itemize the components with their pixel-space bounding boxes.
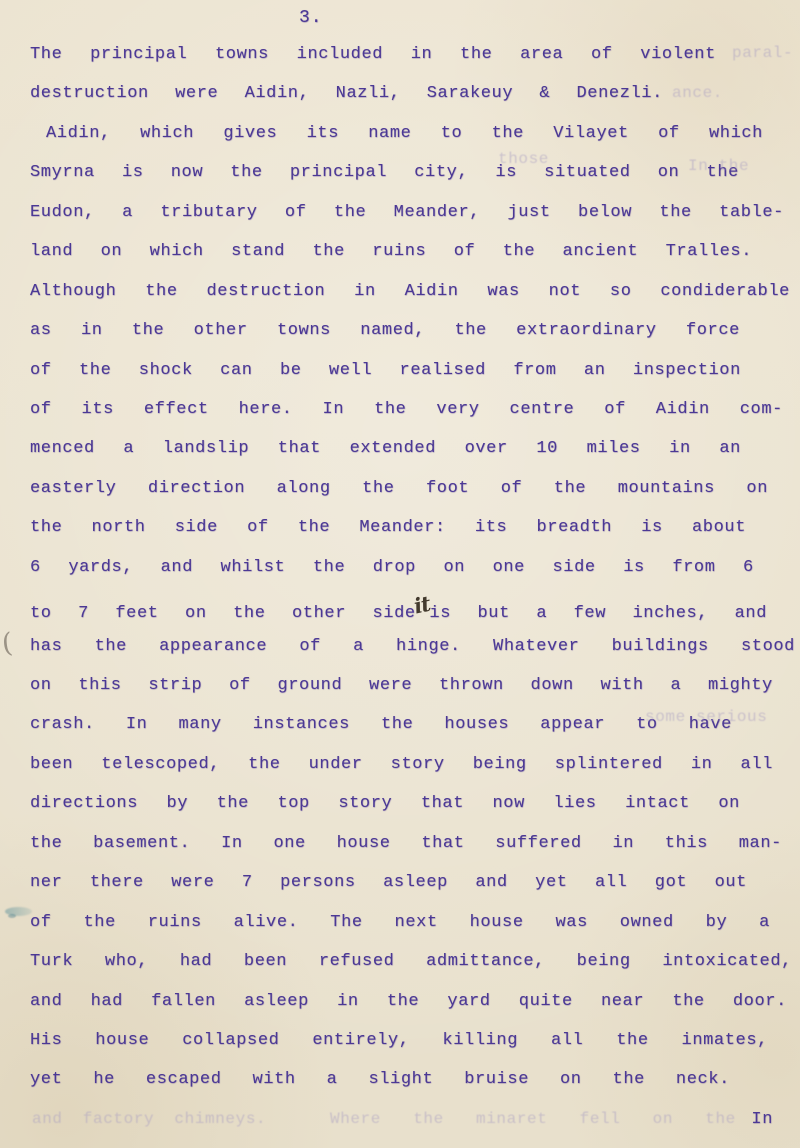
- typed-word: destruction: [206, 282, 325, 301]
- typed-line: Aidin,whichgivesitsnametotheVilayetofwhi…: [30, 124, 763, 163]
- typed-word: bruise: [464, 1070, 529, 1089]
- typed-word: strip: [148, 676, 202, 695]
- typed-word: neck.: [676, 1070, 730, 1089]
- typed-word: be: [280, 361, 302, 380]
- typed-word: telescoped,: [101, 755, 220, 774]
- typed-word: towns: [277, 321, 331, 340]
- typed-word: other: [292, 604, 346, 623]
- typed-word: whilst: [221, 558, 286, 577]
- typed-word: to: [441, 124, 463, 143]
- typed-word: with: [601, 676, 644, 695]
- typed-line: andhadfallenasleepintheyardquitenearthed…: [30, 992, 787, 1031]
- typed-word: of: [591, 45, 613, 64]
- typed-word: the: [230, 163, 262, 182]
- typed-word: condiderable: [660, 282, 790, 301]
- typed-word: entirely,: [312, 1031, 409, 1050]
- typed-word: got: [655, 873, 687, 892]
- typed-word: menced: [30, 439, 95, 458]
- typed-word: this: [665, 834, 708, 853]
- margin-paren-mark: (: [0, 628, 14, 660]
- typed-word: many: [178, 715, 221, 734]
- typed-word: out: [715, 873, 747, 892]
- typed-word: foot: [426, 479, 469, 498]
- typed-line: AlthoughthedestructioninAidinwasnotsocon…: [30, 282, 790, 321]
- typed-word: near: [601, 992, 644, 1011]
- typed-word: is: [623, 558, 645, 577]
- typed-word: a: [670, 676, 681, 695]
- typed-word: on: [746, 479, 768, 498]
- typed-word: the: [217, 794, 249, 813]
- typed-word: 7: [242, 873, 253, 892]
- typed-word: had: [180, 952, 212, 971]
- typed-word: all: [551, 1031, 583, 1050]
- typed-line: crash.Inmanyinstancesthehousesappeartoha…: [30, 715, 732, 754]
- typed-line: yetheescapedwithaslightbruiseontheneck.: [30, 1070, 730, 1109]
- typed-word: asleep: [383, 873, 448, 892]
- typed-word: the: [248, 755, 280, 774]
- typed-word: the: [233, 604, 265, 623]
- typed-line: 6yards,andwhilstthedropononesideisfrom6: [30, 558, 754, 597]
- typed-word-with-insert: sideitis: [372, 597, 451, 623]
- typed-word: violent: [640, 45, 716, 64]
- typed-word: crash.: [30, 715, 95, 734]
- typed-word: and: [30, 992, 62, 1011]
- typed-word: is: [122, 163, 144, 182]
- typed-word: house: [470, 913, 524, 932]
- typed-word: on: [185, 604, 207, 623]
- typed-line: hastheappearanceofahinge.Whateverbuildin…: [30, 637, 795, 676]
- typed-word: ruins: [372, 242, 426, 261]
- typed-word: direction: [148, 479, 245, 498]
- typed-word: in: [691, 755, 713, 774]
- typed-line: oftheshockcanbewellrealisedfromaninspect…: [30, 361, 741, 400]
- typed-word: on: [560, 1070, 582, 1089]
- typed-word: and: [161, 558, 193, 577]
- typed-word: in: [612, 834, 634, 853]
- typed-word: quite: [519, 992, 573, 1011]
- typed-word: door.: [733, 992, 787, 1011]
- typed-word: refused: [319, 952, 395, 971]
- typed-word: the: [132, 321, 164, 340]
- typed-word: Tralles.: [666, 242, 752, 261]
- typed-word: stand: [231, 242, 285, 261]
- typed-word: the: [374, 400, 406, 419]
- typed-word: in: [354, 282, 376, 301]
- typed-word: of: [299, 637, 321, 656]
- typed-word: been: [244, 952, 287, 971]
- typed-word: inmates,: [682, 1031, 768, 1050]
- typed-word: lies: [553, 794, 596, 813]
- typed-word: houses: [444, 715, 509, 734]
- typed-word: ner: [30, 873, 62, 892]
- typed-word: on: [101, 242, 123, 261]
- typed-line: directionsbythetopstorythatnowliesintact…: [30, 794, 740, 833]
- typed-word: 6: [743, 558, 754, 577]
- ghost-bleedthrough-text: In the: [688, 157, 749, 175]
- typed-word: on: [443, 558, 465, 577]
- typed-word: hinge.: [396, 637, 461, 656]
- typed-word: were: [369, 676, 412, 695]
- typed-word: been: [30, 755, 73, 774]
- typed-word: house: [95, 1031, 149, 1050]
- typed-word: along: [277, 479, 331, 498]
- typed-word: here.: [239, 400, 293, 419]
- typed-line: to7feetontheothersideitisbutafewinches,a…: [30, 597, 767, 636]
- typed-word: from: [513, 361, 556, 380]
- typed-line: destructionwereAidin,Nazli,Sarakeuy&Dene…: [30, 84, 663, 123]
- typed-word: of: [229, 676, 251, 695]
- typed-word: appear: [540, 715, 605, 734]
- typed-word: but: [477, 604, 509, 623]
- typed-word: next: [395, 913, 438, 932]
- typed-word: the: [613, 1070, 645, 1089]
- typed-line: Turkwho,hadbeenrefusedadmittance,beingin…: [30, 952, 792, 991]
- typed-word: just: [507, 203, 550, 222]
- typed-word: name: [368, 124, 411, 143]
- typed-word: extended: [350, 439, 436, 458]
- typed-word: the: [312, 242, 344, 261]
- typed-word: inches,: [633, 604, 709, 623]
- typed-word: in: [81, 321, 103, 340]
- typed-word: yard: [447, 992, 490, 1011]
- typed-word: below: [578, 203, 632, 222]
- typed-word: which: [709, 124, 763, 143]
- typed-word: the: [460, 45, 492, 64]
- typed-word: the: [313, 558, 345, 577]
- typed-word: basement.: [93, 834, 190, 853]
- typed-word: its: [82, 400, 114, 419]
- typed-word: Aidin,: [46, 124, 111, 143]
- typed-word: were: [175, 84, 218, 103]
- typed-word: effect: [144, 400, 209, 419]
- typed-word: its: [475, 518, 507, 537]
- typed-word: killing: [442, 1031, 518, 1050]
- typed-word: Vilayet: [553, 124, 629, 143]
- typed-word: now: [493, 794, 525, 813]
- typed-word: down: [531, 676, 574, 695]
- typed-word: persons: [280, 873, 356, 892]
- typed-word: inspection: [633, 361, 741, 380]
- typed-word: principal: [90, 45, 187, 64]
- typed-word: and: [735, 604, 767, 623]
- typed-word: of: [454, 242, 476, 261]
- typed-word: as: [30, 321, 52, 340]
- typed-word: and: [475, 873, 507, 892]
- typed-word: was: [556, 913, 588, 932]
- typed-word: very: [436, 400, 479, 419]
- typed-word: ground: [277, 676, 342, 695]
- page-number: 3.: [299, 8, 323, 28]
- typed-word: towns: [215, 45, 269, 64]
- typed-word: an: [719, 439, 741, 458]
- typed-word: which: [150, 242, 204, 261]
- typed-word: in: [411, 45, 433, 64]
- typed-word: instances: [253, 715, 350, 734]
- typed-word: few: [574, 604, 606, 623]
- typed-word: all: [741, 755, 773, 774]
- typed-line: asintheothertownsnamed,theextraordinaryf…: [30, 321, 740, 360]
- typed-word: on: [658, 163, 680, 182]
- typed-word: now: [171, 163, 203, 182]
- typed-word: splintered: [555, 755, 663, 774]
- typed-line: nertherewere7personsasleepandyetallgotou…: [30, 873, 747, 912]
- typed-word: there: [90, 873, 144, 892]
- typed-word: who,: [105, 952, 148, 971]
- typed-word: being: [577, 952, 631, 971]
- typed-word: of: [30, 400, 52, 419]
- typed-word: His: [30, 1031, 62, 1050]
- typed-word: the: [554, 479, 586, 498]
- typed-word: the: [616, 1031, 648, 1050]
- typed-word: asleep: [244, 992, 309, 1011]
- typed-word: an: [584, 361, 606, 380]
- ghost-bleedthrough-text: those: [498, 150, 549, 168]
- typed-word: Aidin: [656, 400, 710, 419]
- typed-word: force: [686, 321, 740, 340]
- typed-word: fallen: [151, 992, 216, 1011]
- typed-word: of: [604, 400, 626, 419]
- document-page: 3. Theprincipaltownsincludedintheareaofv…: [0, 0, 800, 1148]
- typed-word: this: [78, 676, 121, 695]
- typed-word: which: [140, 124, 194, 143]
- typed-word: well: [329, 361, 372, 380]
- typed-word: gives: [223, 124, 277, 143]
- typed-word: by: [167, 794, 189, 813]
- typed-word: man-: [739, 834, 782, 853]
- typed-word: mighty: [708, 676, 773, 695]
- typed-word: appearance: [159, 637, 267, 656]
- typed-word: landslip: [163, 439, 249, 458]
- typed-word: yet: [30, 1070, 62, 1089]
- typed-word: other: [194, 321, 248, 340]
- typed-line: thenorthsideoftheMeander:itsbreadthisabo…: [30, 518, 746, 557]
- typed-line: easterlydirectionalongthefootofthemounta…: [30, 479, 768, 518]
- typed-word: a: [123, 439, 134, 458]
- typed-word: story: [338, 794, 392, 813]
- typed-word: buildings: [612, 637, 709, 656]
- typed-word: that: [421, 834, 464, 853]
- typed-word: the: [334, 203, 366, 222]
- typed-word: Nazli,: [336, 84, 401, 103]
- typed-word: realised: [400, 361, 486, 380]
- typed-word: miles: [587, 439, 641, 458]
- typed-word: The: [30, 45, 62, 64]
- typed-word: on: [718, 794, 740, 813]
- typed-line: Eudon,atributaryoftheMeander,justbelowth…: [30, 203, 784, 242]
- typed-word: was: [487, 282, 519, 301]
- typed-word: house: [337, 834, 391, 853]
- typed-word: Whatever: [493, 637, 579, 656]
- typed-word: he: [93, 1070, 115, 1089]
- typed-word: intoxicated,: [662, 952, 792, 971]
- typed-word: the: [454, 321, 486, 340]
- typed-word: has: [30, 637, 62, 656]
- typed-word: one: [493, 558, 525, 577]
- typed-word: of: [501, 479, 523, 498]
- typed-word: the: [298, 518, 330, 537]
- typed-word: centre: [510, 400, 575, 419]
- typed-word: in: [669, 439, 691, 458]
- typed-word: intact: [625, 794, 690, 813]
- typed-word: one: [273, 834, 305, 853]
- typed-word: 6: [30, 558, 41, 577]
- typed-word: yards,: [68, 558, 133, 577]
- typed-word: had: [91, 992, 123, 1011]
- typed-word: the: [381, 715, 413, 734]
- typed-word: side: [175, 518, 218, 537]
- typed-word: Although: [30, 282, 116, 301]
- typed-word: suffered: [495, 834, 581, 853]
- ghost-bleedthrough-text: and factory chimneys.: [32, 1110, 266, 1128]
- ghost-bleedthrough-text: ance.: [672, 84, 723, 102]
- typed-word: named,: [360, 321, 425, 340]
- typed-word: Meander:: [359, 518, 445, 537]
- typed-line: thebasement.Inonehousethatsufferedinthis…: [30, 834, 782, 873]
- typed-word: of: [247, 518, 269, 537]
- typed-line: landonwhichstandtheruinsoftheancientTral…: [30, 242, 752, 281]
- typed-word: admittance,: [426, 952, 545, 971]
- typed-word: by: [706, 913, 728, 932]
- typed-line: oftheruinsalive.Thenexthousewasownedbya: [30, 913, 770, 952]
- typed-word: In: [126, 715, 148, 734]
- typed-word: owned: [620, 913, 674, 932]
- typed-word: under: [309, 755, 363, 774]
- typed-word: of: [30, 913, 52, 932]
- typed-word: of: [30, 361, 52, 380]
- ghost-bleedthrough-text: Where the minaret fell on the: [330, 1110, 736, 1128]
- typed-word: situated: [544, 163, 630, 182]
- typed-line: Theprincipaltownsincludedintheareaofviol…: [30, 45, 716, 84]
- typed-word: tributary: [160, 203, 257, 222]
- typed-word: north: [92, 518, 146, 537]
- typed-word: &: [539, 84, 550, 103]
- typed-word: Eudon,: [30, 203, 95, 222]
- typed-word: side: [552, 558, 595, 577]
- ink-smudge-dot: [8, 914, 16, 918]
- typed-line: ofitseffecthere.IntheverycentreofAidinco…: [30, 400, 783, 439]
- typed-word: that: [278, 439, 321, 458]
- typed-word: with: [253, 1070, 296, 1089]
- typed-word: so: [610, 282, 632, 301]
- typed-word: The: [330, 913, 362, 932]
- typed-word: the: [387, 992, 419, 1011]
- typed-word: the: [659, 203, 691, 222]
- typed-word: a: [353, 637, 364, 656]
- typed-word: stood: [741, 637, 795, 656]
- typed-word: com-: [740, 400, 783, 419]
- typed-word: being: [473, 755, 527, 774]
- typed-word: its: [307, 124, 339, 143]
- typed-word: easterly: [30, 479, 116, 498]
- typed-word: escaped: [146, 1070, 222, 1089]
- typed-word: area: [520, 45, 563, 64]
- typed-word: breadth: [536, 518, 612, 537]
- typed-word: Smyrna: [30, 163, 95, 182]
- typed-word: all: [595, 873, 627, 892]
- typed-word: In: [221, 834, 243, 853]
- typed-word: story: [391, 755, 445, 774]
- typed-word: can: [220, 361, 252, 380]
- typed-word: a: [327, 1070, 338, 1089]
- typed-word: table-: [719, 203, 784, 222]
- typed-word: extraordinary: [516, 321, 656, 340]
- typed-line: Hishousecollapsedentirely,killingallthei…: [30, 1031, 768, 1070]
- typed-word: ruins: [148, 913, 202, 932]
- typed-word: principal: [290, 163, 387, 182]
- typed-word: city,: [414, 163, 468, 182]
- typed-word: the: [95, 637, 127, 656]
- typed-word: the: [79, 361, 111, 380]
- typed-word: is: [641, 518, 663, 537]
- typed-word: the: [145, 282, 177, 301]
- typed-word: a: [122, 203, 133, 222]
- typed-word: Aidin: [405, 282, 459, 301]
- typed-word: Aidin,: [245, 84, 310, 103]
- typed-word: land: [30, 242, 73, 261]
- typed-word: shock: [139, 361, 193, 380]
- typed-word: that: [421, 794, 464, 813]
- typed-word: feet: [115, 604, 158, 623]
- typed-word: In: [323, 400, 345, 419]
- typed-word: ancient: [563, 242, 639, 261]
- typed-word: Meander,: [394, 203, 480, 222]
- typed-word: drop: [373, 558, 416, 577]
- typed-word: thrown: [439, 676, 504, 695]
- typed-word: In: [751, 1110, 773, 1129]
- typed-line: Smyrnaisnowtheprincipalcity,issituatedon…: [30, 163, 739, 202]
- typed-word: in: [337, 992, 359, 1011]
- typed-word: about: [692, 518, 746, 537]
- typed-word: were: [171, 873, 214, 892]
- typed-word: a: [536, 604, 547, 623]
- typed-word: alive.: [234, 913, 299, 932]
- typed-word: 10: [536, 439, 558, 458]
- typed-word: 7: [78, 604, 89, 623]
- typed-word: the: [83, 913, 115, 932]
- typed-word: the: [362, 479, 394, 498]
- typed-word: a: [759, 913, 770, 932]
- typed-word: included: [297, 45, 383, 64]
- typed-word: collapsed: [182, 1031, 279, 1050]
- typed-word: Denezli.: [577, 84, 663, 103]
- ghost-bleedthrough-text: some serious: [645, 708, 767, 726]
- typed-word: mountains: [618, 479, 715, 498]
- typed-word: from: [672, 558, 715, 577]
- typed-word: directions: [30, 794, 138, 813]
- typed-line: beentelescoped,theunderstorybeingsplinte…: [30, 755, 773, 794]
- typed-word: yet: [535, 873, 567, 892]
- typed-text-block: Theprincipaltownsincludedintheareaofviol…: [30, 45, 795, 1148]
- typed-word: destruction: [30, 84, 149, 103]
- typed-word: of: [658, 124, 680, 143]
- typed-word: not: [549, 282, 581, 301]
- typed-word: over: [465, 439, 508, 458]
- typed-word: slight: [368, 1070, 433, 1089]
- typed-word: of: [285, 203, 307, 222]
- typed-word: the: [30, 518, 62, 537]
- typed-word: top: [277, 794, 309, 813]
- typed-word: the: [672, 992, 704, 1011]
- typed-word: the: [30, 834, 62, 853]
- ghost-bleedthrough-text: paral-: [732, 44, 793, 62]
- typed-word: to: [30, 604, 52, 623]
- typed-word: on: [30, 676, 52, 695]
- typed-word: the: [503, 242, 535, 261]
- typed-word: the: [492, 124, 524, 143]
- typed-word: Turk: [30, 952, 73, 971]
- typed-line: mencedalandslipthatextendedover10milesin…: [30, 439, 741, 478]
- typed-word: Sarakeuy: [427, 84, 513, 103]
